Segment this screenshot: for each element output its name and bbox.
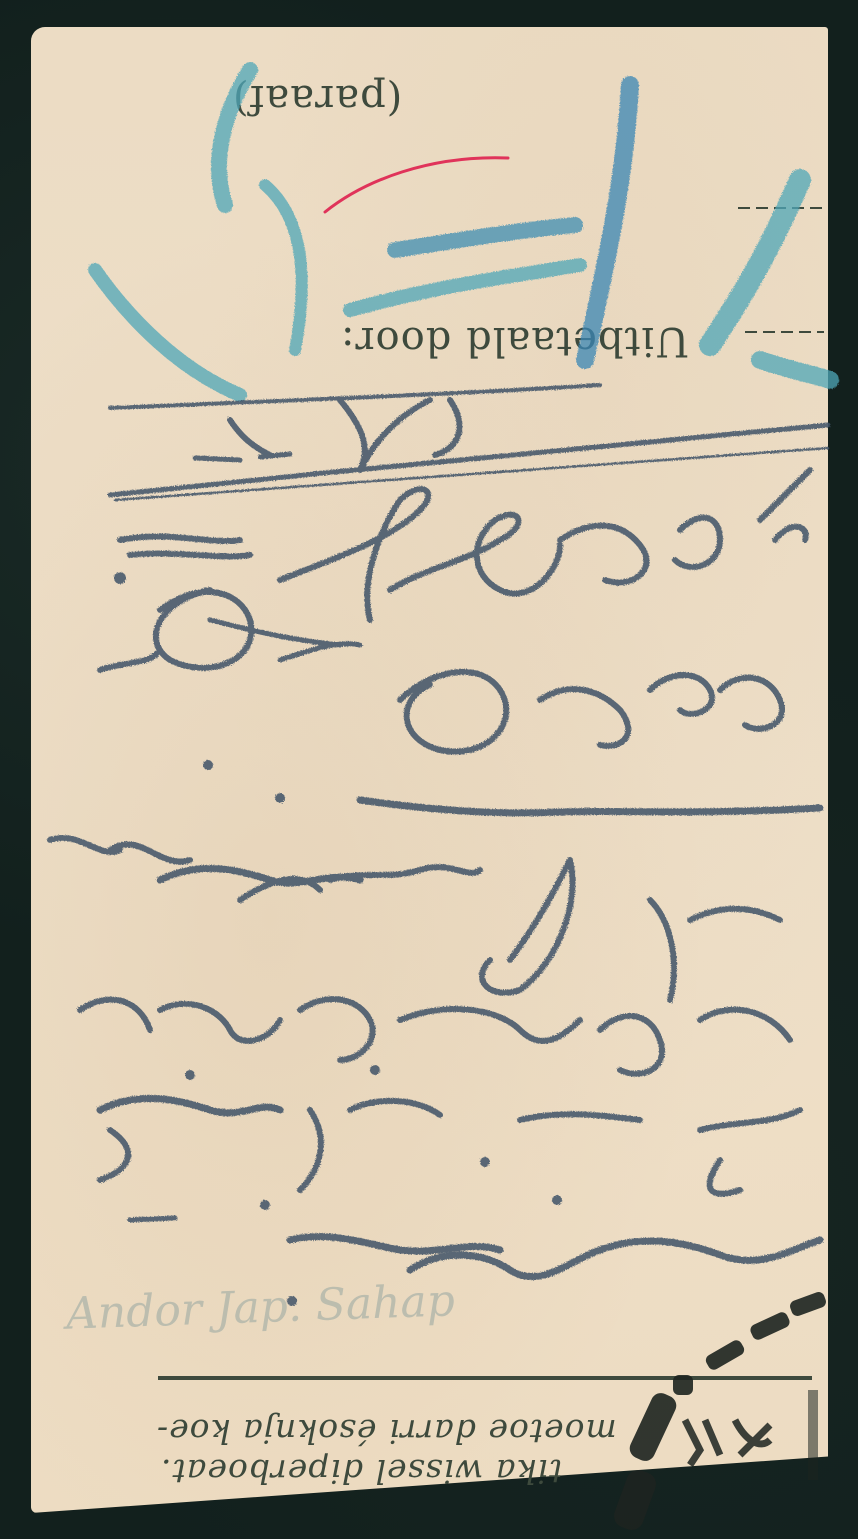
red-pencil-mark [325, 158, 508, 212]
postmark-cancellation [611, 1290, 828, 1533]
ink-marks [0, 0, 858, 1539]
pencil-handwriting [50, 385, 828, 1306]
postmark-letters [685, 1420, 770, 1465]
blue-crayon-marks [95, 70, 830, 395]
